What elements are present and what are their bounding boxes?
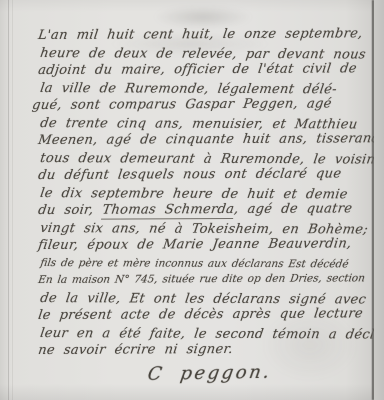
manuscript-line: L'an mil huit cent huit, le onze septemb… [37, 25, 374, 44]
signature-text: C peggon [146, 362, 265, 385]
manuscript-line: Meenen, agé de cinquante huit ans, tisse… [37, 130, 374, 149]
manuscript-line: ne savoir écrire ni signer. [37, 340, 374, 359]
manuscript-line: gué, sont comparus Gaspar Peggen, agé [31, 95, 374, 114]
signature: C peggon. [146, 362, 271, 385]
manuscript-line: fileur, époux de Marie Jeanne Beauverdin… [37, 235, 374, 254]
fold-crease-line [8, 0, 9, 400]
manuscript-line-with-underline: du soir, Thomas Schmerda, agé de quatre [37, 200, 374, 219]
manuscript-line: du défunt lesquels nous ont déclaré que [37, 165, 374, 184]
handwritten-text-block: L'an mil huit cent huit, le onze septemb… [37, 27, 371, 360]
line-prefix: du soir, [37, 203, 103, 218]
underlined-name: Thomas Schmerda [101, 202, 235, 220]
manuscript-line: adjoint du maire, officier de l'état civ… [37, 60, 374, 79]
manuscript-line: le présent acte de décès après que lectu… [37, 305, 374, 324]
line-suffix: , agé de quatre [233, 201, 353, 217]
manuscript-page: L'an mil huit cent huit, le onze septemb… [0, 0, 384, 400]
page-edge-strip [374, 0, 384, 400]
manuscript-line: En la maison N° 745, située rue dite op … [37, 270, 374, 289]
fold-crease-line [12, 0, 13, 400]
